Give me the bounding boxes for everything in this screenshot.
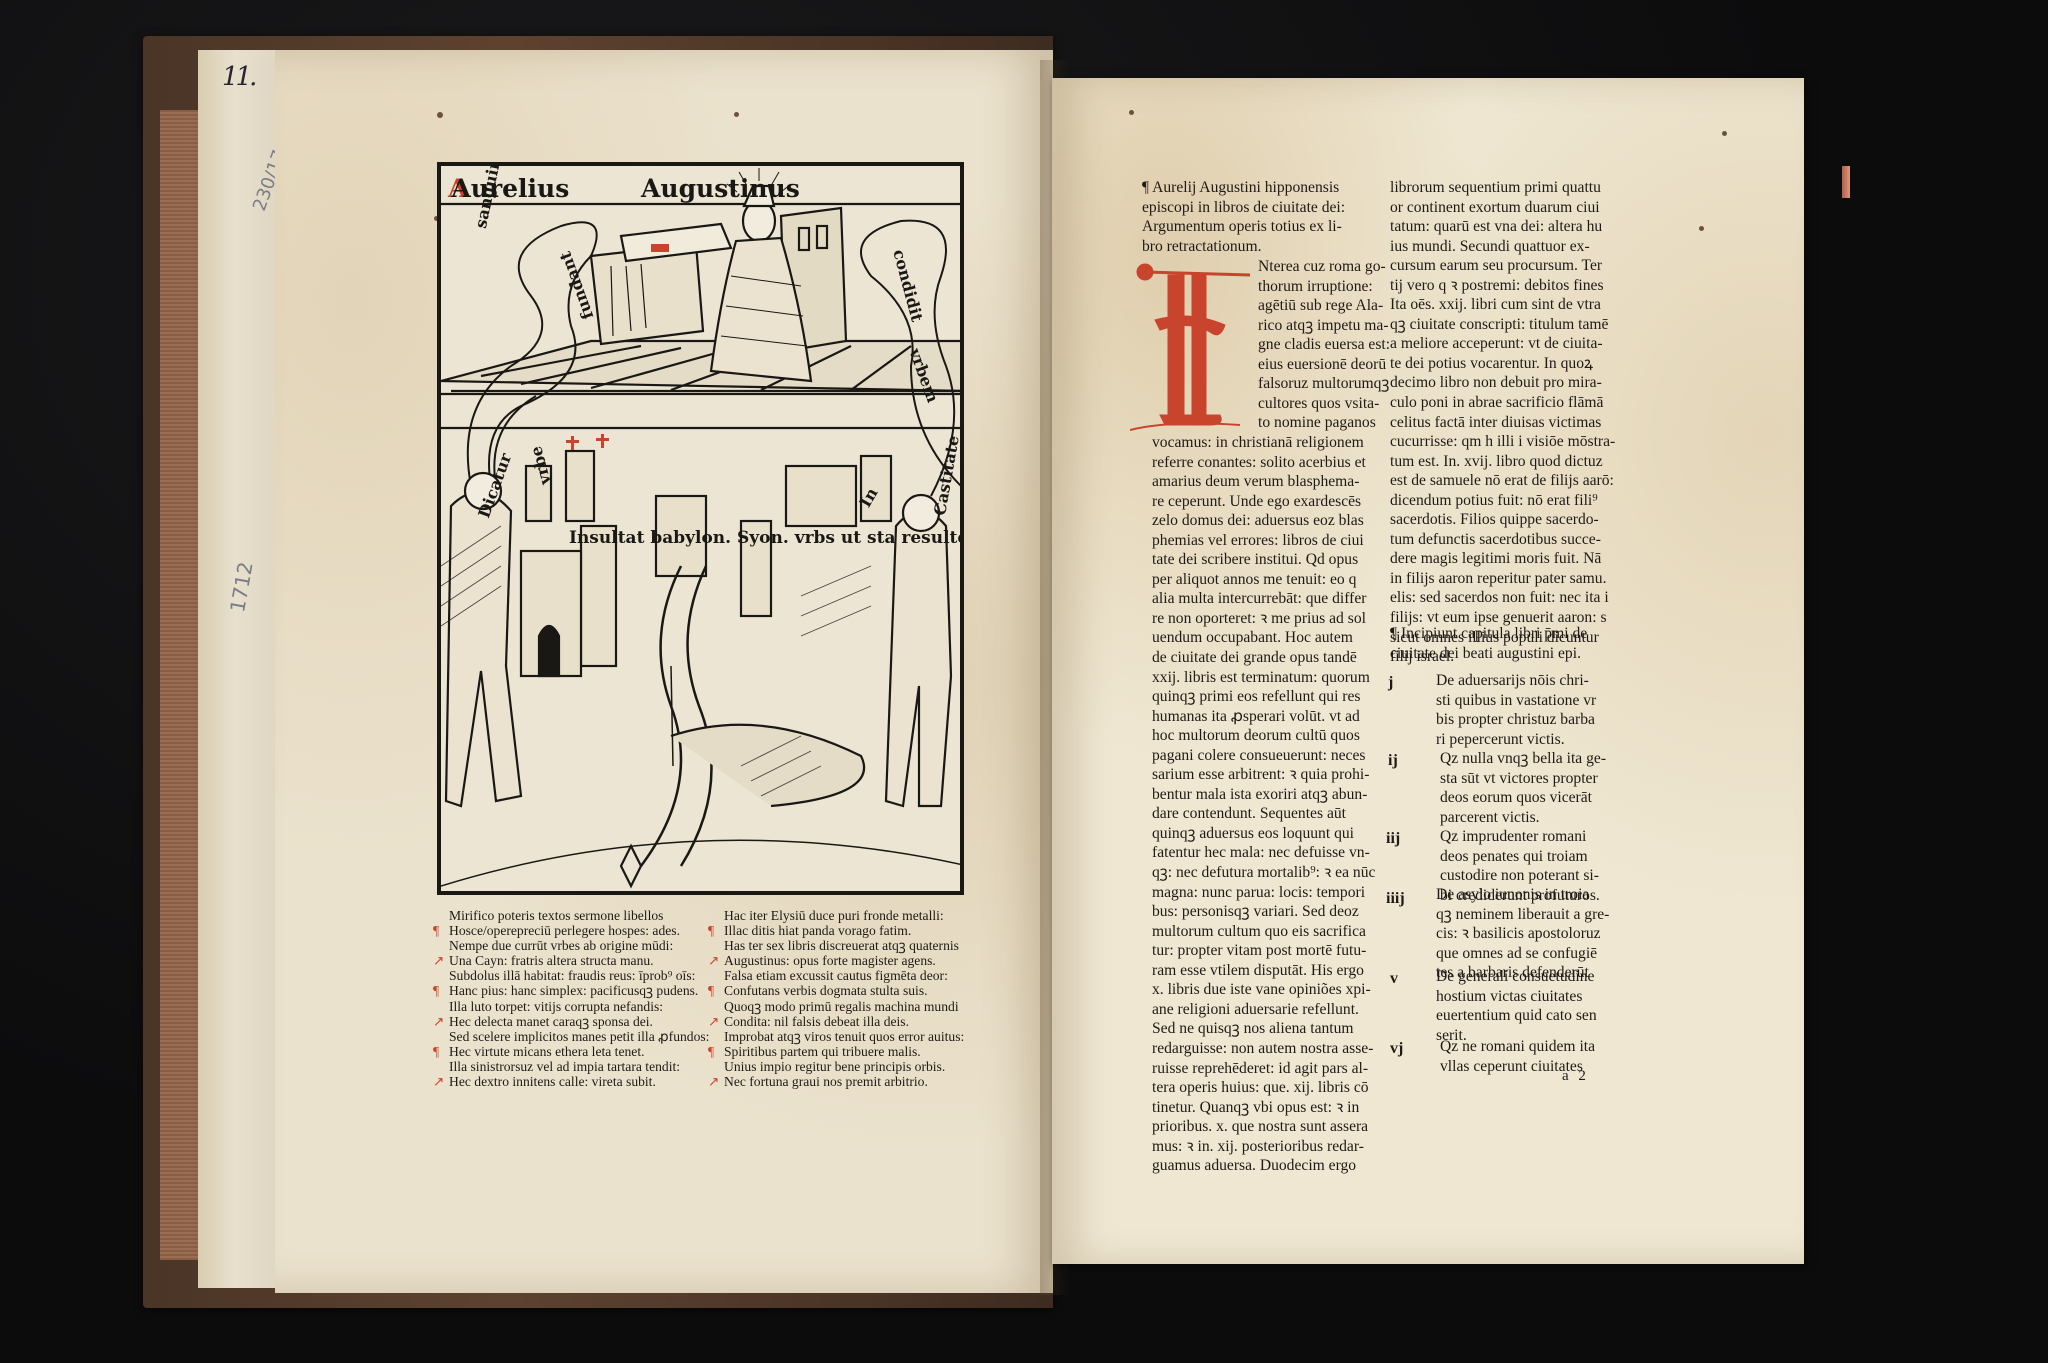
text-line: de ciuitate dei grande opus tandē xyxy=(1152,648,1375,668)
verse-line: ¶Hec virtute micans ethera leta tenet. xyxy=(433,1044,709,1059)
heading-line: Argumentum operis totius ex li- xyxy=(1142,217,1345,237)
text-line: dicendum potius fuit: nō erat fili⁹ xyxy=(1390,491,1615,511)
text-line: dere magis legitimi moris fuit. Nā xyxy=(1390,549,1615,569)
spine-cloth-strip xyxy=(160,110,200,1260)
text-line: bus: personisqꝫ variari. Sed deoz xyxy=(1152,902,1375,922)
text-line: agētiū sub rege Ala- xyxy=(1258,296,1390,316)
text-line: gne cladis euersa est: xyxy=(1258,335,1390,355)
chapter-number: ij xyxy=(1388,752,1398,770)
woodcut-title-text-left: Aurelius xyxy=(451,174,569,203)
wormhole xyxy=(1699,226,1704,231)
verse-line: Has ter sex libris discreuerat atqꝫ quat… xyxy=(708,938,964,953)
text-line: decimo libro non debuit pro mira- xyxy=(1390,373,1615,393)
folio-mark: 11. xyxy=(222,62,254,92)
text-line: tum defunctis sacerdotibus succe- xyxy=(1390,530,1615,550)
verse-line: Mirifico poteris textos sermone libellos xyxy=(433,908,709,923)
text-line: eius euersionē deorū xyxy=(1258,355,1390,375)
chapter-entry: De aduersarijs nōis chri- sti quibus in … xyxy=(1436,671,1596,749)
verse-line: Illa luto torpet: vitijs corrupta nefand… xyxy=(433,999,709,1014)
verse-line: Improbat atqꝫ viros tenuit quos error au… xyxy=(708,1029,964,1044)
text-line: cucurrisse: qm h illi i visiōe mōstra- xyxy=(1390,432,1615,452)
text-line: fatentur hec mala: nec defuisse vn- xyxy=(1152,843,1375,863)
text-line: in filijs aaron reperitur pater samu. xyxy=(1390,569,1615,589)
text-line: ruisse reprehēderet: id agit pars al- xyxy=(1152,1059,1375,1079)
wormhole xyxy=(1129,110,1134,115)
text-line: ram esse vtilem disputāt. His ergo xyxy=(1152,961,1375,981)
verse-line: ↗Augustinus: opus forte magister agens. xyxy=(708,953,964,968)
verse-line: ¶Confutans verbis dogmata stulta suis. xyxy=(708,983,964,998)
text-line: tatum: quarū est vna dei: altera hu xyxy=(1390,217,1615,237)
verse-line: ↗Hec delecta manet caraqꝫ sponsa dei. xyxy=(433,1014,709,1029)
verse-line: ↗Hec dextro innitens calle: vireta subit… xyxy=(433,1074,709,1089)
chapter-number: iij xyxy=(1386,830,1400,848)
text-line: prioribus. x. que nostra sunt assera xyxy=(1152,1117,1375,1137)
woodcut-title-augustinus: Augustinus xyxy=(641,174,800,203)
woodcut-title-text-right: Augustinus xyxy=(641,174,800,203)
text-line: tera operis huius: que. xij. libris cō xyxy=(1152,1078,1375,1098)
verse-line: Falsa etiam excussit cautus figmēta deor… xyxy=(708,968,964,983)
text-line: uendum occupabant. Hoc autem xyxy=(1152,628,1375,648)
text-line: zelo domus dei: aduersus eoz blas xyxy=(1152,511,1375,531)
chapter-entry: Qz nulla vnqꝫ bella ita ge- sta sūt vt v… xyxy=(1440,749,1606,827)
text-line: ane religioni aduersarie refellunt. xyxy=(1152,1000,1375,1020)
verse-line: Nempe due currūt vrbes ab origine mūdi: xyxy=(433,938,709,953)
text-line: magna: nunc parua: locis: tempori xyxy=(1152,883,1375,903)
text-line: quinqꝫ primi eos refellunt qui res xyxy=(1152,687,1375,707)
text-line: cultores quos vsita- xyxy=(1258,394,1390,414)
text-line: phemias vel errores: libros de ciui xyxy=(1152,531,1375,551)
text-line: sarium esse arbitrent: ꝛ quia prohi- xyxy=(1152,765,1375,785)
verse-line: ¶Hosce/operepreciū perlegere hospes: ade… xyxy=(433,923,709,938)
text-line: cursum earum seu procursum. Ter xyxy=(1390,256,1615,276)
text-line: mus: ꝛ in. xij. posterioribus redar- xyxy=(1152,1137,1375,1157)
column-a: vocamus: in christianā religionem referr… xyxy=(1152,433,1375,1176)
verse-line: ¶Spiritibus partem qui tribuere malis. xyxy=(708,1044,964,1059)
verse-block-left: Mirifico poteris textos sermone libellos… xyxy=(433,908,709,1089)
text-line: culo poni in abrae sacrificio flāmā xyxy=(1390,393,1615,413)
text-line: tur: propter vitam post mortē futu- xyxy=(1152,941,1375,961)
text-line: xxij. libris est terminatum: quorum xyxy=(1152,668,1375,688)
text-line: celitus factā inter diuisas victimas xyxy=(1390,413,1615,433)
text-line: referre conantes: solito acerbius et xyxy=(1152,453,1375,473)
chapter-entry: De generali consuetudine hostium victas … xyxy=(1436,967,1597,1045)
text-line: librorum sequentium primi quattu xyxy=(1390,178,1615,198)
wormhole xyxy=(734,112,739,117)
verse-line: Hac iter Elysiū duce puri fronde metalli… xyxy=(708,908,964,923)
text-line: elis: sed sacerdos non fuit: nec ita i xyxy=(1390,588,1615,608)
text-line: vocamus: in christianā religionem xyxy=(1152,433,1375,453)
verse-line: Quoqꝫ modo primū regalis machina mundi xyxy=(708,999,964,1014)
text-line: ¶ Incipiunt capitula libri p̄mi de xyxy=(1390,624,1587,644)
text-line: amarius deum verum blasphema- xyxy=(1152,472,1375,492)
heading-line: episcopi in libros de ciuitate dei: xyxy=(1142,198,1345,218)
verse-line: ↗Una Cayn: fratris altera structa manu. xyxy=(433,953,709,968)
text-line: tate dei scribere institui. Qd opus xyxy=(1152,550,1375,570)
heading-line: ¶ Aurelij Augustini hipponensis xyxy=(1142,178,1345,198)
text-line: pagani colere consueuerunt: neces xyxy=(1152,746,1375,766)
verse-line: ¶Illac ditis hiat panda vorago fatim. xyxy=(708,923,964,938)
text-line: quinqꝫ aduersus eos loquunt qui xyxy=(1152,824,1375,844)
text-line: a meliore acceperunt: vt de ciuita- xyxy=(1390,334,1615,354)
text-line: thorum irruptione: xyxy=(1258,277,1390,297)
heading-block: ¶ Aurelij Augustini hipponensis episcopi… xyxy=(1142,178,1345,256)
wormhole xyxy=(437,112,443,118)
text-line: falsoruz multorumqꝫ xyxy=(1258,374,1390,394)
verse-line: ↗Nec fortuna graui nos premit arbitrio. xyxy=(708,1074,964,1089)
text-line: per aliquot annos me tenuit: eo q xyxy=(1152,570,1375,590)
text-line: ciuitate dei beati augustini epi. xyxy=(1390,644,1587,664)
verse-line: ↗Condita: nil falsis debeat illa deis. xyxy=(708,1014,964,1029)
text-line: qꝫ: nec defutura mortalib⁹: ꝛ ea nūc xyxy=(1152,863,1375,883)
woodcut-title-aurelius: AAurelius xyxy=(448,174,569,203)
text-line: tum est. In. xvij. libro quod dictuz xyxy=(1390,452,1615,472)
pencil-note-middle: 1712 xyxy=(225,560,257,614)
column-b: librorum sequentium primi quattu or cont… xyxy=(1390,178,1615,667)
chapter-number: v xyxy=(1390,970,1398,988)
text-line: redarguisse: non autem nostra asse- xyxy=(1152,1039,1375,1059)
text-line: x. libris due iste vane opiniões xpi- xyxy=(1152,980,1375,1000)
text-line: te dei potius vocarentur. In quoꝝ xyxy=(1390,354,1615,374)
verse-line: Illa sinistrorsuz vel ad impia tartara t… xyxy=(433,1059,709,1074)
text-line: Sed ne quisqꝫ nos aliena tantum xyxy=(1152,1019,1375,1039)
text-line: hoc multorum deorum cultū quos xyxy=(1152,726,1375,746)
column-a-indented: Nterea cuz roma go- thorum irruptione: a… xyxy=(1258,257,1390,433)
text-line: to nomine paganos xyxy=(1258,413,1390,433)
red-leather-tab xyxy=(1842,166,1850,198)
text-line: dare contendunt. Sequentes aūt xyxy=(1152,804,1375,824)
text-line: tij vero q ꝛ postremi: debitos fines xyxy=(1390,276,1615,296)
verse-line: ¶Hanc pius: hanc simplex: pacificusqꝫ pu… xyxy=(433,983,709,998)
woodcut-illustration: AAurelius Augustinus Insultat babylon. S… xyxy=(437,162,964,895)
capitula-heading: ¶ Incipiunt capitula libri p̄mi de ciuit… xyxy=(1390,624,1587,663)
woodcut-caption: Insultat babylon. Syon. vrbs ut sta resu… xyxy=(569,528,964,548)
text-line: re non oporteret: ꝛ me prius ad sol xyxy=(1152,609,1375,629)
text-line: humanas ita ꝓsperari volūt. vt ad xyxy=(1152,707,1375,727)
chapter-number: j xyxy=(1388,674,1393,692)
chapter-number: iiij xyxy=(1386,890,1405,908)
text-line: bentur mala ista exoriri atqꝫ abun- xyxy=(1152,785,1375,805)
text-line: tinetur. Quanqꝫ vbi opus est: ꝛ in xyxy=(1152,1098,1375,1118)
wormhole xyxy=(1722,131,1727,136)
signature-mark: a 2 xyxy=(1562,1068,1589,1085)
text-line: alia multa intercurrebāt: que differ xyxy=(1152,589,1375,609)
heading-line: bro retractationum. xyxy=(1142,237,1345,257)
chapter-number: vj xyxy=(1390,1040,1403,1058)
text-line: ius mundi. Secundi quattuor ex- xyxy=(1390,237,1615,257)
verse-block-right: Hac iter Elysiū duce puri fronde metalli… xyxy=(708,908,964,1089)
text-line: sacerdotis. Filios quippe sacerdo- xyxy=(1390,510,1615,530)
verse-line: Unius impio regitur bene principis orbis… xyxy=(708,1059,964,1074)
text-line: re ceperunt. Unde ego exardescēs xyxy=(1152,492,1375,512)
text-line: Nterea cuz roma go- xyxy=(1258,257,1390,277)
verse-line: Subdolus illā habitat: fraudis reus: īpr… xyxy=(433,968,709,983)
text-line: or continent exortum duarum ciui xyxy=(1390,198,1615,218)
text-line: est de samuele nō erat de filijs aarō: xyxy=(1390,471,1615,491)
text-line: guamus aduersa. Duodecim ergo xyxy=(1152,1156,1375,1176)
text-line: qꝫ ciuitate conscripti: titulum tamē xyxy=(1390,315,1615,335)
red-initial-I xyxy=(1130,260,1250,435)
text-line: multorum cultum quo eis sacrifica xyxy=(1152,922,1375,942)
text-line: Ita oēs. xxij. libri cum sint de vtra xyxy=(1390,295,1615,315)
text-line: rico atqꝫ impetu ma- xyxy=(1258,316,1390,336)
verse-line: Sed scelere implicitos manes petit illa … xyxy=(433,1029,709,1044)
